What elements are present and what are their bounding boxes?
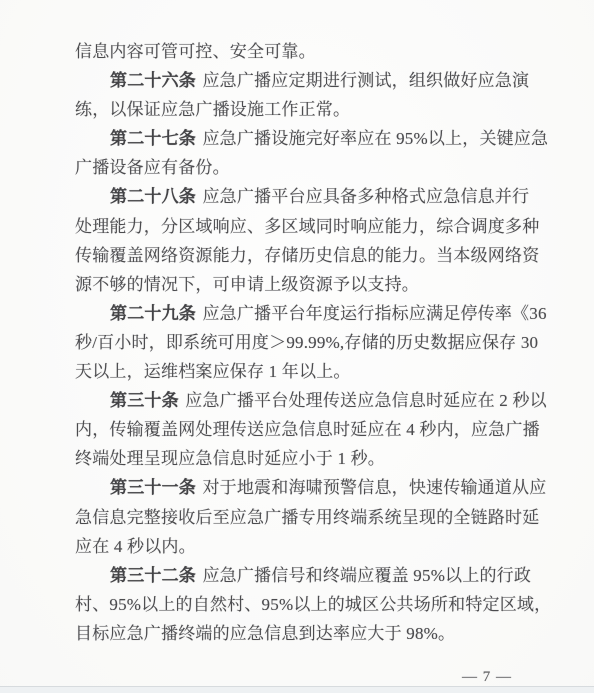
text-line: 第二十七条 应急广播设施完好率应在 95%以上，关键应急 — [75, 124, 525, 153]
page-number: — 7 — — [462, 668, 512, 686]
text-line: 练，以保证应急广播设施工作正常。 — [75, 95, 525, 124]
text-line: 第三十二条 应急广播信号和终端应覆盖 95%以上的行政 — [75, 561, 525, 590]
document-page: 信息内容可管可控、安全可靠。第二十六条 应急广播应定期进行测试，组织做好应急演练… — [0, 0, 594, 693]
text-line: 第三十一条 对于地震和海啸预警信息，快速传输通道从应 — [75, 473, 525, 502]
article-number: 第二十八条 — [110, 187, 196, 206]
text-line: 信息内容可管可控、安全可靠。 — [75, 37, 525, 66]
text-line: 村、95%以上的自然村、95%以上的城区公共场所和特定区域， — [75, 590, 525, 619]
text-block: 信息内容可管可控、安全可靠。第二十六条 应急广播应定期进行测试，组织做好应急演练… — [75, 37, 525, 648]
text-line: 处理能力，分区域响应、多区域同时响应能力，综合调度多种 — [75, 212, 525, 241]
text-line: 急信息完整接收后至应急广播专用终端系统呈现的全链路时延 — [75, 503, 525, 532]
text-line: 目标应急广播终端的应急信息到达率应大于 98%。 — [75, 619, 525, 648]
text-line: 终端处理呈现应急信息时延应小于 1 秒。 — [75, 444, 525, 473]
text-line: 第二十六条 应急广播应定期进行测试，组织做好应急演 — [75, 66, 525, 95]
text-line: 秒/百小时，即系统可用度＞99.99%,存储的历史数据应保存 30 — [75, 328, 525, 357]
text-line: 应在 4 秒以内。 — [75, 532, 525, 561]
text-line: 天以上，运维档案应保存 1 年以上。 — [75, 357, 525, 386]
page-bottom-edge — [0, 686, 594, 693]
text-line: 第二十八条 应急广播平台应具备多种格式应急信息并行 — [75, 182, 525, 211]
text-line: 第三十条 应急广播平台处理传送应急信息时延应在 2 秒以 — [75, 386, 525, 415]
text-line: 传输覆盖网络资源能力，存储历史信息的能力。当本级网络资 — [75, 241, 525, 270]
article-number: 第二十七条 — [110, 129, 196, 148]
text-line: 源不够的情况下，可申请上级资源予以支持。 — [75, 270, 525, 299]
article-number: 第三十一条 — [110, 478, 196, 497]
text-line: 广播设备应有备份。 — [75, 153, 525, 182]
article-number: 第三十二条 — [110, 566, 196, 585]
article-number: 第二十六条 — [110, 71, 196, 90]
text-line: 第二十九条 应急广播平台年度运行指标应满足停传率《36 — [75, 299, 525, 328]
article-number: 第三十条 — [110, 391, 179, 410]
article-number: 第二十九条 — [110, 304, 196, 323]
text-line: 内，传输覆盖网处理传送应急信息时延应在 4 秒内，应急广播 — [75, 415, 525, 444]
